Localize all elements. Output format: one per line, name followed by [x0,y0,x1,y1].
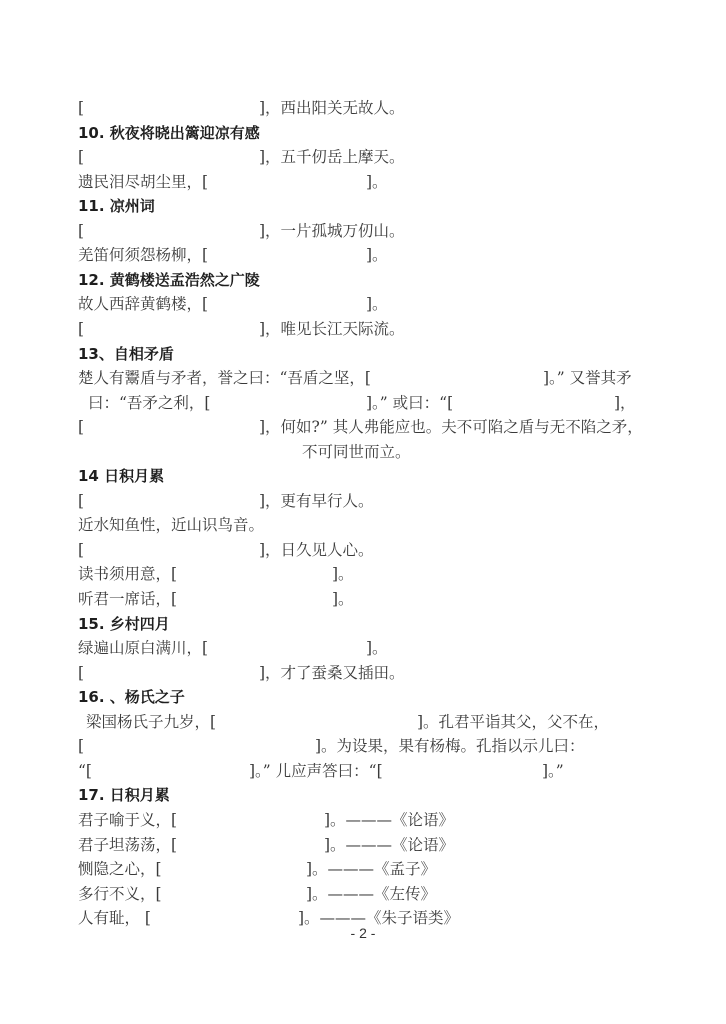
section-heading: 12. 黄鹤楼送孟浩然之广陵 [78,268,648,292]
section-heading: 14 日积月累 [78,464,648,488]
text-line: 恻隐之心，[]。———《孟子》 [78,857,648,881]
fill-blank-segment: ]。———《左传》 [306,882,436,906]
fill-blank-segment: ]。” 又誉其矛 [543,366,632,390]
text-line: []，一片孤城万仞山。 [78,219,648,243]
fill-blank-segment: ]。 [366,170,388,194]
text-line: 不可同世而立。 [78,440,648,464]
fill-blank-segment: [ [78,415,84,439]
text-line: 故人西辞黄鹤楼，[]。 [78,292,648,316]
fill-blank-segment: ]。 [366,243,388,267]
text-line: 楚人有鬻盾与矛者，誉之曰：“吾盾之坚，[]。” 又誉其矛 [78,366,648,390]
text-line: []，才了蚕桑又插田。 [78,661,648,685]
text-segment: 不可同世而立。 [302,440,411,464]
document-page: []，西出阳关无故人。10. 秋夜将晓出篱迎凉有感[]，五千仞岳上摩天。遗民泪尽… [0,0,726,1024]
page-number: - 2 - [0,925,726,941]
section-heading: 17. 日积月累 [78,783,648,807]
fill-blank-segment: ]，才了蚕桑又插田。 [259,661,405,685]
fill-blank-segment: 梁国杨氏子九岁，[ [86,710,216,734]
text-line: 读书须用意，[]。 [78,562,648,586]
fill-blank-segment: ]，何如?” 其人弗能应也。夫不可陷之盾与无不陷之矛， [259,415,643,439]
fill-blank-segment: ]。 [332,562,354,586]
fill-blank-segment: ]。” 或曰：“[ [366,391,453,415]
fill-blank-segment: ]，西出阳关无故人。 [259,96,405,120]
text-line: []，西出阳关无故人。 [78,96,648,120]
text-line: []，日久见人心。 [78,538,648,562]
fill-blank-segment: ]，更有早行人。 [259,489,374,513]
fill-blank-segment: ]。” [542,759,564,783]
fill-blank-segment: [ [78,661,84,685]
text-line: 羌笛何须怨杨柳，[]。 [78,243,648,267]
text-line: []，唯见长江天际流。 [78,317,648,341]
fill-blank-segment: [ [78,145,84,169]
fill-blank-segment: ]。———《孟子》 [306,857,436,881]
fill-blank-segment: ]。 [332,587,354,611]
fill-blank-segment: [ [78,219,84,243]
text-line: 曰：“吾矛之利，[]。” 或曰：“[]， [78,391,648,415]
fill-blank-segment: 听君一席话，[ [78,587,177,611]
text-line: “[]。” 儿应声答曰：“[]。” [78,759,648,783]
fill-blank-segment: ]。 [366,292,388,316]
fill-blank-segment: ]，五千仞岳上摩天。 [259,145,405,169]
text-segment: 近水知鱼性，近山识鸟音。 [78,513,264,537]
text-line: 梁国杨氏子九岁，[]。孔君平诣其父，父不在， [78,710,648,734]
fill-blank-segment: ]，一片孤城万仞山。 [259,219,405,243]
fill-blank-segment: ]。 [366,636,388,660]
fill-blank-segment: 君子坦荡荡，[ [78,833,177,857]
text-line: 君子坦荡荡，[]。———《论语》 [78,833,648,857]
text-line: 君子喻于义，[]。———《论语》 [78,808,648,832]
fill-blank-segment: ]。———《论语》 [324,833,454,857]
fill-blank-segment: ]，日久见人心。 [259,538,374,562]
fill-blank-segment: 恻隐之心，[ [78,857,162,881]
fill-blank-segment: 遗民泪尽胡尘里，[ [78,170,208,194]
text-line: []，五千仞岳上摩天。 [78,145,648,169]
fill-blank-segment: ]。为设果，果有杨梅。孔指以示儿曰： [315,734,585,758]
section-heading: 11. 凉州词 [78,194,648,218]
fill-blank-segment: [ [78,96,84,120]
fill-blank-segment: ]， [614,391,636,415]
fill-blank-segment: [ [78,538,84,562]
fill-blank-segment: ]，唯见长江天际流。 [259,317,405,341]
text-line: 听君一席话，[]。 [78,587,648,611]
fill-blank-segment: 曰：“吾矛之利，[ [88,391,210,415]
fill-blank-segment: 君子喻于义，[ [78,808,177,832]
text-line: 近水知鱼性，近山识鸟音。 [78,513,648,537]
fill-blank-segment: [ [78,489,84,513]
fill-blank-segment: 多行不义，[ [78,882,162,906]
section-heading: 16. 、杨氏之子 [78,685,648,709]
fill-blank-segment: 羌笛何须怨杨柳，[ [78,243,208,267]
fill-blank-segment: 楚人有鬻盾与矛者，誉之曰：“吾盾之坚，[ [78,366,371,390]
section-heading: 13、自相矛盾 [78,342,648,366]
section-heading: 10. 秋夜将晓出篱迎凉有感 [78,121,648,145]
fill-blank-segment: 绿遍山原白满川，[ [78,636,208,660]
fill-blank-segment: “[ [78,759,92,783]
section-heading: 15. 乡村四月 [78,612,648,636]
text-line: []，何如?” 其人弗能应也。夫不可陷之盾与无不陷之矛， [78,415,648,439]
fill-blank-segment: ]。———《论语》 [324,808,454,832]
text-line: []，更有早行人。 [78,489,648,513]
fill-blank-segment: ]。” 儿应声答曰：“[ [249,759,383,783]
fill-blank-segment: 读书须用意，[ [78,562,177,586]
fill-blank-segment: [ [78,317,84,341]
fill-blank-segment: ]。孔君平诣其父，父不在， [417,710,609,734]
text-line: 遗民泪尽胡尘里，[]。 [78,170,648,194]
text-line: []。为设果，果有杨梅。孔指以示儿曰： [78,734,648,758]
fill-blank-segment: 故人西辞黄鹤楼，[ [78,292,208,316]
fill-blank-segment: [ [78,734,84,758]
text-line: 多行不义，[]。———《左传》 [78,882,648,906]
text-line: 绿遍山原白满川，[]。 [78,636,648,660]
